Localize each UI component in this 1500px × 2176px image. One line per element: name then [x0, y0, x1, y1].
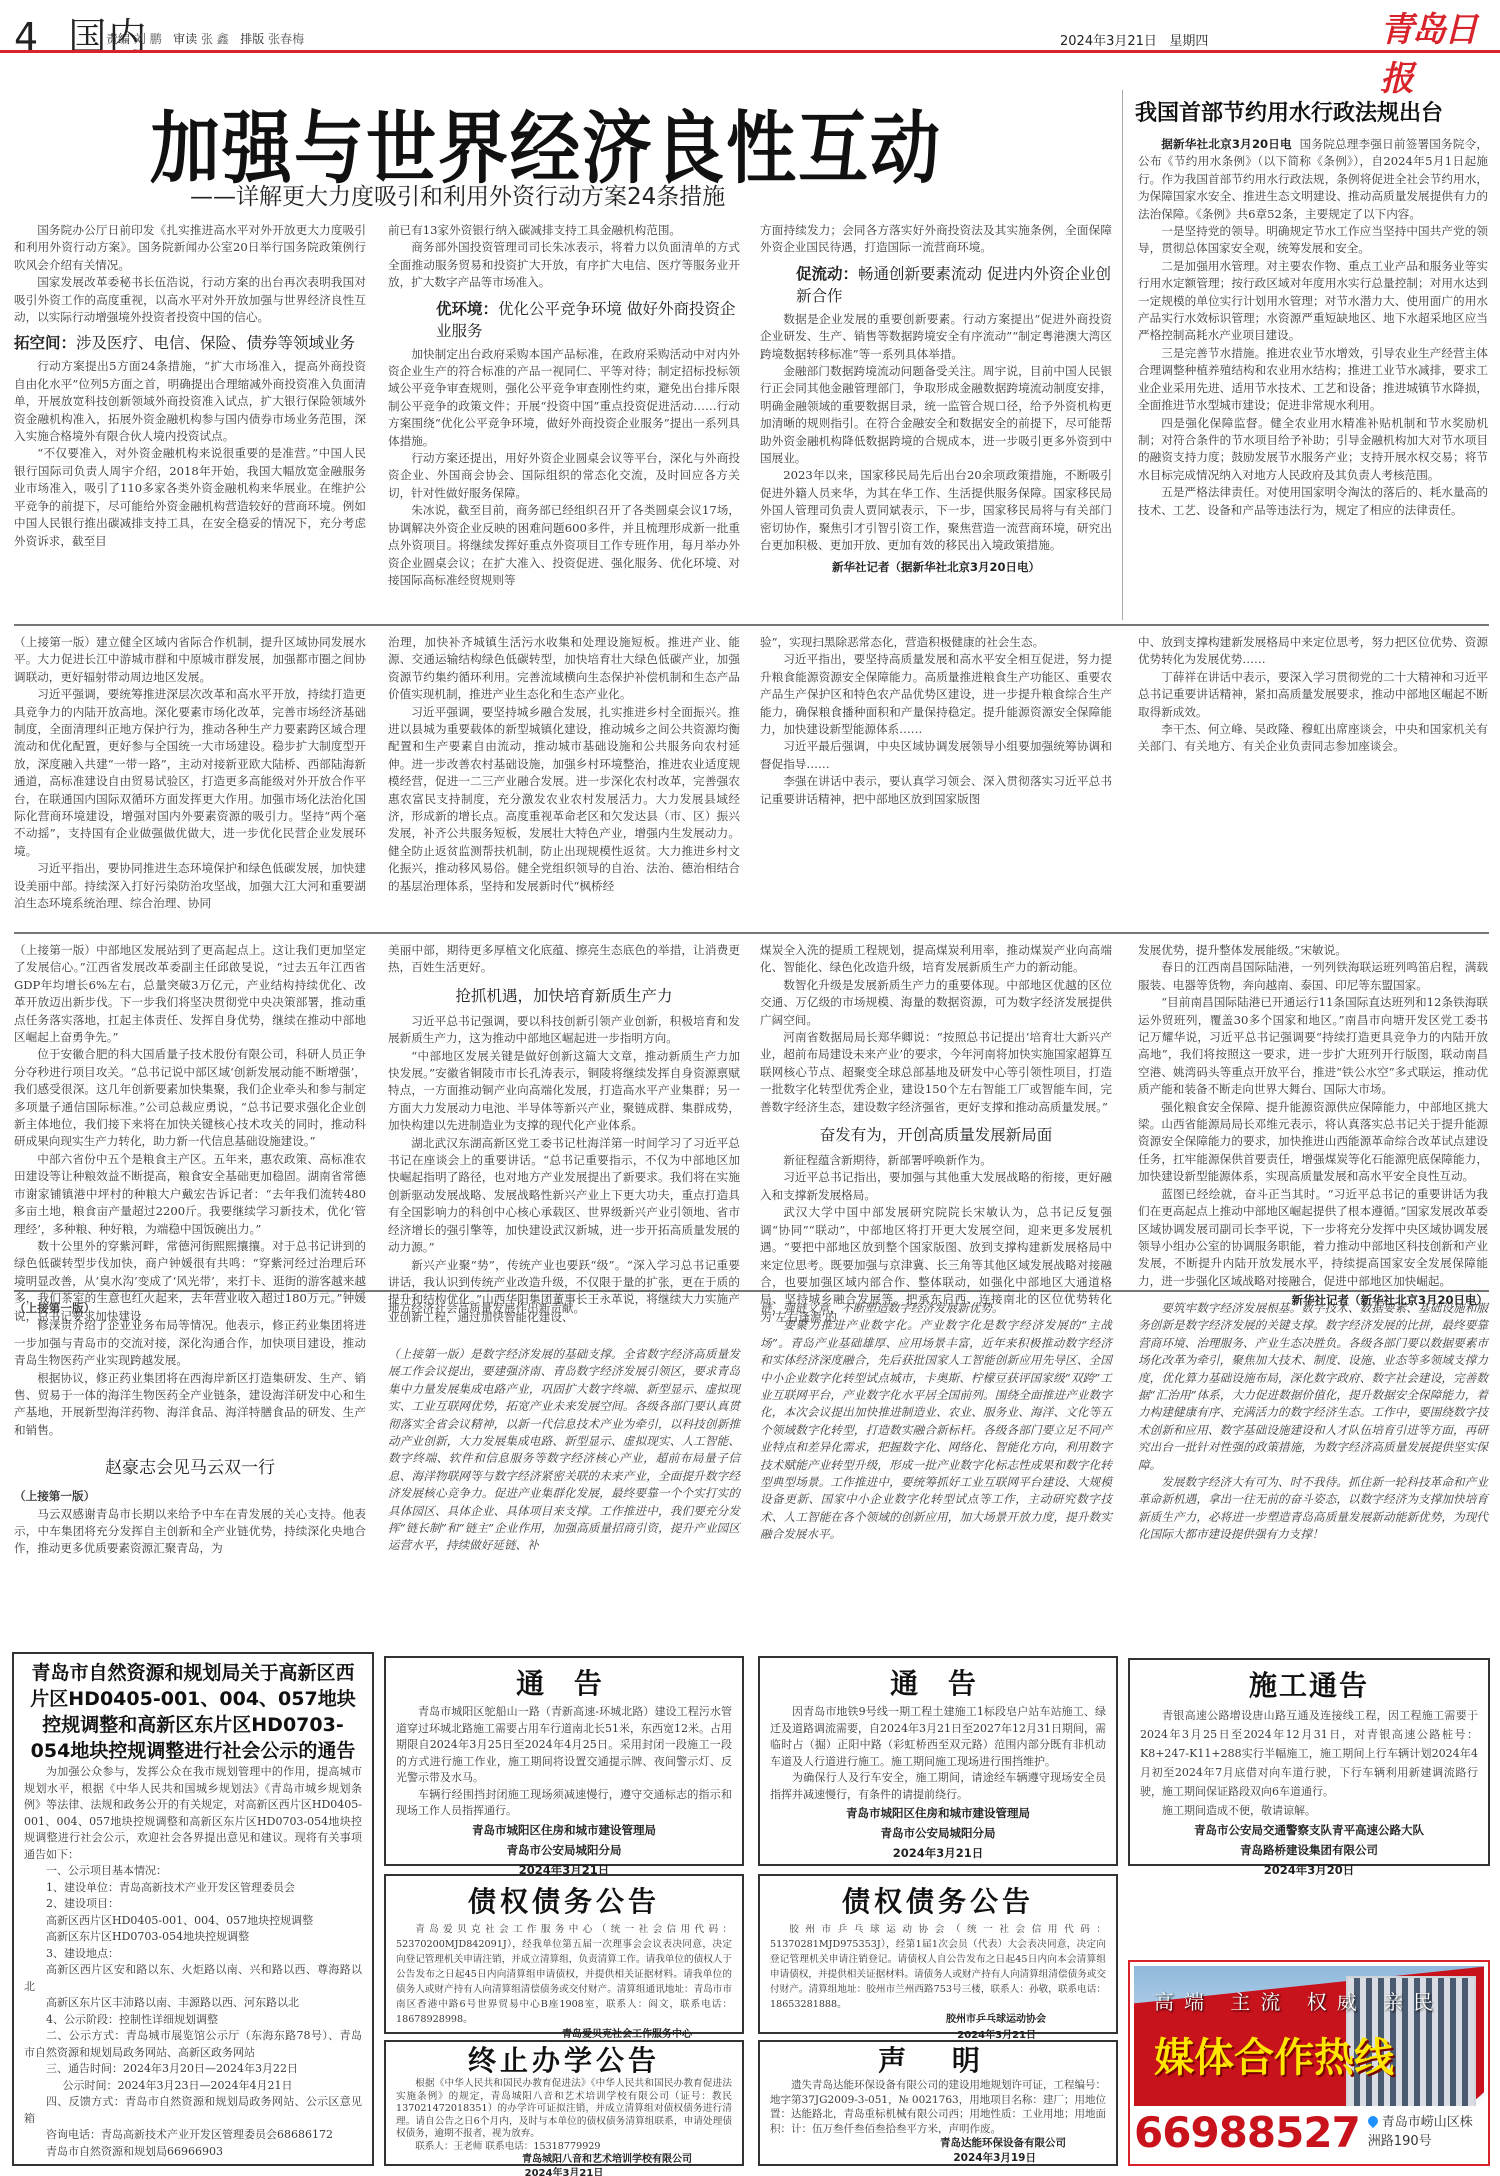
paragraph: 数智化升级是发展新质生产力的重要体现。中部地区优越的区位交通、万亿级的市场规模、…	[760, 977, 1112, 1029]
hotline-phone: 66988527	[1134, 2108, 1360, 2157]
digital-economy-column-3: 要筑牢数字经济发展根基。数字技术、数据要素、基础设施和服务创新是数字经济发展的关…	[1138, 1300, 1488, 1544]
digital-economy-column-2: 链、强链文章，不断塑造数字经济发展新优势。 要聚力推进产业数字化。产业数字化是数…	[760, 1300, 1112, 1544]
paragraph: 高新区西片区安和路以东、火炬路以南、兴和路以西、尊海路以北	[24, 1962, 362, 1995]
staff-name: 张 鑫	[201, 32, 229, 46]
staff-role: 审读	[173, 32, 197, 46]
heading-key: 优环境：	[436, 299, 498, 318]
paragraph: 一是坚持党的领导。明确规定节水工作应当坚持中国共产党的领导，贯彻总体国家安全观，…	[1138, 223, 1488, 258]
paragraph: 李干杰、何立峰、吴政隆、穆虹出席座谈会，中央和国家机关有关部门、有关地方、有关企…	[1138, 721, 1488, 756]
notice-title: 债权债务公告	[770, 1882, 1106, 1922]
notice-signer: 青岛城阳八音和艺术培训学校有限公司	[396, 2153, 732, 2167]
paragraph: 商务部外国投资管理司司长朱冰表示，将着力以负面清单的方式全面推动服务贸易和投资扩…	[388, 239, 740, 291]
lead-column-2: 前已有13家外资银行纳入碳减排支持工具金融机构范围。 商务部外国投资管理司司长朱…	[388, 222, 740, 589]
section-divider	[14, 624, 1489, 626]
notice-date: 2024年3月19日	[770, 2151, 1106, 2166]
paragraph: 新征程蕴含新期待，新部署呼唤新作为。	[760, 1152, 1112, 1169]
staff-role: 责编	[106, 32, 130, 46]
paragraph: 二是加强用水管理。对主要农作物、重点工业产品和服务业等实行用水定额管理；按行政区…	[1138, 258, 1488, 345]
paragraph: “不仅要准入，对外资金融机构来说很重要的是准营。”中国人民银行国际司负责人周宇介…	[14, 445, 366, 549]
header-divider	[0, 50, 1500, 53]
zhao-headline: 赵豪志会见马云双一行	[14, 1453, 366, 1478]
paragraph: 发展数字经济大有可为、时不我待。抓住新一轮科技革命和产业革命新机遇，拿出一往无前…	[1138, 1474, 1488, 1544]
notice-title: 施工通告	[1140, 1666, 1478, 1706]
paragraph: 高新区西片区HD0405-001、004、057地块控规调整	[24, 1913, 362, 1930]
xiuzheng-continued: 地方经济社会高质量发展作出新贡献。	[388, 1300, 740, 1317]
paragraph: 习近平指出，要坚持高质量发展和高水平安全相互促进，努力提升粮食能源资源安全保障能…	[760, 651, 1112, 738]
ad-slogan: 高端 主流 权威 亲民	[1154, 1986, 1443, 2015]
notice-b: 通 告 因青岛市地铁9号线一期工程土建施工1标段皂户站车站施工、绿迁及道路调流需…	[758, 1656, 1118, 1866]
paragraph: 煤炭全入洗的提质工程规划，提高煤炭利用率，推动煤炭产业向高端化、智能化、绿色化改…	[760, 942, 1112, 977]
paragraph: 强化粮食安全保障、提升能源资源供应保障能力，中部地区挑大梁。山西省能源局局长邓维…	[1138, 1099, 1488, 1186]
paragraph: 行动方案提出5方面24条措施，“扩大市场准入，提高外商投资自由化水平”位列5方面…	[14, 358, 366, 445]
paragraph: 美丽中部，期待更多厚植文化底蕴、擦亮生态底色的举措，让消费更热，百姓生活更好。	[388, 942, 740, 977]
paragraph: 青岛市自然资源和规划局66966903	[24, 2144, 362, 2161]
paragraph: 1、建设单位：青岛高新技术产业开发区管理委员会	[24, 1880, 362, 1897]
paragraph: 三、通告时间：2024年3月20日—2024年3月22日	[24, 2061, 362, 2078]
paragraph: 发展优势，提升整体发展能级。”宋敏说。	[1138, 942, 1488, 959]
paragraph: 习近平最后强调，中央区域协调发展领导小组要加强统筹协调和督促指导……	[760, 738, 1112, 773]
notice-date: 2024年3月21日	[396, 2167, 732, 2176]
paragraph: 数据是企业发展的重要创新要素。行动方案提出“促进外商投资企业研发、生产、销售等数…	[760, 311, 1112, 363]
notice-title: 通 告	[770, 1664, 1106, 1704]
notice-date: 2024年3月20日	[1140, 1860, 1478, 1880]
ad-banner: 高端 主流 权威 亲民 媒体合作热线	[1134, 1966, 1484, 2106]
issue-date: 2024年3月21日 星期四	[1060, 30, 1208, 49]
paragraph: 国务院办公厅日前印发《扎实推进高水平对外开放更大力度吸引和利用外资行动方案》。国…	[14, 222, 366, 274]
school-closure-notice: 终止办学公告 根据《中华人民共和国民办教育促进法》《中华人民共和国民办教育促进法…	[384, 2040, 744, 2166]
paragraph: 联系人：王老师 联系电话：15318779929	[396, 2141, 732, 2154]
band3-column-3: 煤炭全入洗的提质工程规划，提高煤炭利用率，推动煤炭产业向高端化、智能化、绿色化改…	[760, 942, 1112, 1326]
paragraph: （上接第一版）中部地区发展站到了更高起点上。这让我们更加坚定了发展信心。”江西省…	[14, 942, 366, 1046]
paragraph: 施工期间造成不便，敬请谅解。	[1140, 1801, 1478, 1820]
paragraph: 遗失青岛达能环保设备有限公司的建设用地规划许可证，工程编号：地字第37JG200…	[770, 2078, 1106, 2136]
paragraph: 3、建设地点：	[24, 1946, 362, 1963]
paragraph: 链、强链文章，不断塑造数字经济发展新优势。	[760, 1300, 1112, 1317]
section-heading: 优环境：优化公平竞争环境 做好外商投资企业服务	[388, 298, 740, 342]
paragraph: 习近平强调，要坚持城乡融合发展，扎实推进乡村全面振兴。推进以县城为重要载体的新型…	[388, 704, 740, 895]
notice-signer: 青岛市公安局城阳分局	[396, 1840, 732, 1860]
dateline: 据新华社北京3月20日电	[1161, 137, 1292, 151]
paragraph: 朱冰说，截至目前，商务部已经组织召开了各类圆桌会议17场，协调解决外资企业反映的…	[388, 502, 740, 589]
side-article-body: 据新华社北京3月20日电 国务院总理李强日前签署国务院令，公布《节约用水条例》（…	[1138, 136, 1488, 519]
paragraph: 修涞贵介绍了企业业务布局等情况。他表示，修正药业集团将进一步加强与青岛市的交流对…	[14, 1317, 366, 1369]
paragraph: （上接第一版）建立健全区域内省际合作机制，提升区域协同发展水平。大力促进长江中游…	[14, 634, 366, 686]
notice-signer: 青岛市城阳区住房和城市建设管理局	[770, 1803, 1106, 1823]
subsection-heading: 抢抓机遇，加快培育新质生产力	[388, 985, 740, 1007]
heading-key: 促流动：	[796, 264, 858, 283]
staff-credits: 责编 刘 鹏 审读 张 鑫 排版 张春梅	[106, 30, 304, 47]
paragraph: 要聚力推进产业数字化。产业数字化是数字经济发展的“主战场”。青岛产业基础雄厚、应…	[760, 1317, 1112, 1543]
lead-subheadline: ——详解更大力度吸引和利用外资行动方案24条措施	[190, 178, 725, 211]
paragraph: 国家发展改革委秘书长伍浩说，行动方案的出台再次表明我国对吸引外资工作的高度重视，…	[14, 274, 366, 326]
paragraph: 高新区东片区HD0703-054地块控规调整	[24, 1929, 362, 1946]
notice-a: 通 告 青岛市城阳区鸵船山一路（青新高速-环城北路）建设工程污水管道穿过环城北路…	[384, 1656, 744, 1866]
section-divider	[14, 932, 1489, 934]
ad-headline: 媒体合作热线	[1154, 2026, 1394, 2083]
paragraph: 为加强公众参与，发挥公众在我市规划管理中的作用，提高城市规划水平，根据《中华人民…	[24, 1764, 362, 1863]
paragraph: 位于安徽合肥的科大国盾量子技术股份有限公司，科研人员正争分夺秒进行项目攻关。“总…	[14, 1046, 366, 1150]
notice-signer: 胶州市乒乓球运动协会	[770, 2012, 1106, 2028]
paragraph: 中部六省份中五个是粮食主产区。五年来，惠农政策、高标准农田建设等让种粮效益不断提…	[14, 1151, 366, 1238]
paragraph: 马云双感谢青岛市长期以来给予中车在青发展的关心支持。他表示，中车集团将充分发挥自…	[14, 1506, 366, 1558]
construction-notice: 施工通告 青银高速公路增设唐山路互通及连接线工程，因工程施工需要于2024年3月…	[1128, 1658, 1490, 1866]
statement-notice: 声 明 遗失青岛达能环保设备有限公司的建设用地规划许可证，工程编号：地字第37J…	[758, 2040, 1118, 2166]
paragraph: 4、公示阶段：控制性详细规划调整	[24, 2012, 362, 2029]
heading-key: 拓空间：	[14, 333, 76, 352]
paragraph: 根据《中华人民共和国民办教育促进法》《中华人民共和国民办教育促进法实施条例》的规…	[396, 2078, 732, 2141]
paragraph: 青岛爱贝克社会工作服务中心（统一社会信用代码：52370200MJD842091…	[396, 1922, 732, 2027]
paragraph: 车辆行经围挡封闭施工现场须减速慢行，遵守交通标志的指示和现场工作人员指挥通行。	[396, 1787, 732, 1820]
paragraph: 习近平总书记指出，要加强与其他重大发展战略的衔接，更好融入和支撑新发展格局。	[760, 1169, 1112, 1204]
lead-column-3: 方面持续发力；会同各方落实好外商投资法及其实施条例，全面保障外资企业国民待遇，打…	[760, 222, 1112, 575]
paragraph: 李强在讲话中表示，要认真学习领会、深入贯彻落实习近平总书记重要讲话精神，把中部地…	[760, 773, 1112, 808]
notice-signer: 青岛达能环保设备有限公司	[770, 2136, 1106, 2151]
paragraph: 胶州市乒乓球运动协会（统一社会信用代码：51370281MJD975353J），…	[770, 1922, 1106, 2012]
paragraph: 春日的江西南昌国际陆港，一列列铁海联运班列鸣笛启程，满载服装、电器等货物，奔向越…	[1138, 959, 1488, 994]
section-divider	[14, 1290, 1489, 1292]
date-text: 2024年3月21日	[1060, 34, 1157, 49]
notice-title: 债权债务公告	[396, 1882, 732, 1922]
paragraph: 丁薛祥在讲话中表示，要深入学习贯彻党的二十大精神和习近平总书记重要讲话精神，紧扣…	[1138, 669, 1488, 721]
continued-label: （上接第一版）	[14, 1300, 366, 1317]
paragraph: “中部地区发展关键是做好创新这篇大文章，推动新质生产力加快发展。”安徽省铜陵市市…	[388, 1048, 740, 1135]
paragraph: 要筑牢数字经济发展根基。数字技术、数据要素、基础设施和服务创新是数字经济发展的关…	[1138, 1300, 1488, 1474]
paragraph: 为确保行人及行车安全，施工期间，请途经车辆遵守现场安全员指挥并减速慢行，有条件的…	[770, 1770, 1106, 1803]
paragraph: 因青岛市地铁9号线一期工程土建施工1标段皂户站车站施工、绿迁及道路调流需要，自2…	[770, 1704, 1106, 1770]
band3-column-2: 美丽中部，期待更多厚植文化底蕴、擦亮生态底色的举措，让消费更热，百姓生活更好。 …	[388, 942, 740, 1326]
paragraph: 行动方案还提出，用好外资企业圆桌会议等平台，深化与外商投资企业、外国商会协会、国…	[388, 450, 740, 502]
location-pin-icon	[1366, 2114, 1380, 2128]
paragraph: 2、建设项目：	[24, 1896, 362, 1913]
band2-column-3: 验”，实现扫黑除恶常态化，营造积极健康的社会生态。 习近平指出，要坚持高质量发展…	[760, 634, 1112, 808]
notice-title: 青岛市自然资源和规划局关于高新区西片区HD0405-001、004、057地块控…	[24, 1660, 362, 1764]
paragraph: 根据协议，修正药业集团将在西海岸新区打造集研发、生产、销售、贸易于一体的海洋生物…	[14, 1370, 366, 1440]
paragraph: 一、公示项目基本情况：	[24, 1863, 362, 1880]
paragraph: 地方经济社会高质量发展作出新贡献。	[388, 1300, 740, 1317]
paragraph: 青岛市城阳区鸵船山一路（青新高速-环城北路）建设工程污水管道穿过环城北路施工需要…	[396, 1704, 732, 1787]
planning-notice: 青岛市自然资源和规划局关于高新区西片区HD0405-001、004、057地块控…	[12, 1652, 374, 2166]
digital-economy-column-1: （上接第一版）是数字经济发展的基础支撑。全省数字经济高质量发展工作会议提出，要建…	[388, 1346, 740, 1555]
staff-name: 刘 鹏	[134, 32, 162, 46]
paragraph: 习近平总书记强调，要以科技创新引领产业创新，积极培育和发展新质生产力，这为推动中…	[388, 1013, 740, 1048]
band3-column-4: 发展优势，提升整体发展能级。”宋敏说。 春日的江西南昌国际陆港，一列列铁海联运班…	[1138, 942, 1488, 1308]
subsection-heading: 奋发有为，开创高质量发展新局面	[760, 1124, 1112, 1146]
side-headline: 我国首部节约用水行政法规出台	[1135, 96, 1443, 127]
debt-notice-b: 债权债务公告 胶州市乒乓球运动协会（统一社会信用代码：51370281MJD97…	[758, 1874, 1118, 2034]
article-byline: 新华社记者（据新华社北京3月20日电）	[760, 559, 1112, 575]
section-heading: 促流动：畅通创新要素流动 促进内外资企业创新合作	[760, 263, 1112, 307]
notice-title: 通 告	[396, 1664, 732, 1704]
paragraph: 咨询电话：青岛高新技术产业开发区管理委员会68686172	[24, 2127, 362, 2144]
column-divider	[1122, 90, 1123, 620]
paragraph: 方面持续发力；会同各方落实好外商投资法及其实施条例，全面保障外资企业国民待遇，打…	[760, 222, 1112, 257]
notice-signer: 青岛市公安局城阳分局	[770, 1823, 1106, 1843]
notice-signer: 青岛路桥建设集团有限公司	[1140, 1840, 1478, 1860]
paragraph: 三是完善节水措施。推进农业节水增效，引导农业生产经营主体合理调整种植养殖结构和农…	[1138, 345, 1488, 415]
paragraph: 前已有13家外资银行纳入碳减排支持工具金融机构范围。	[388, 222, 740, 239]
staff-name: 张春梅	[268, 32, 304, 46]
paragraph: 公示时间：2024年3月23日—2024年4月21日	[24, 2078, 362, 2095]
section-heading: 拓空间：涉及医疗、电信、保险、债券等领域业务	[14, 332, 366, 354]
notice-title: 终止办学公告	[396, 2044, 732, 2078]
ad-address: 青岛市崂山区株洲路190号	[1368, 2111, 1484, 2157]
paragraph: 河南省数据局局长郑华卿说：“按照总书记提出‘培育壮大新兴产业，超前布局建设未来产…	[760, 1029, 1112, 1116]
heading-text: 涉及医疗、电信、保险、债券等领域业务	[76, 334, 355, 352]
paragraph: （上接第一版）是数字经济发展的基础支撑。全省数字经济高质量发展工作会议提出，要建…	[388, 1346, 740, 1555]
paragraph: 五是严格法律责任。对使用国家明令淘汰的落后的、耗水量高的技术、工艺、设备和产品等…	[1138, 484, 1488, 519]
staff-role: 排版	[240, 32, 264, 46]
band2-column-4: 中、放到支撑构建新发展格局中来定位思考，努力把区位优势、资源优势转化为发展优势……	[1138, 634, 1488, 756]
paragraph: 中、放到支撑构建新发展格局中来定位思考，努力把区位优势、资源优势转化为发展优势……	[1138, 634, 1488, 669]
paragraph: 治理，加快补齐城镇生活污水收集和处理设施短板。推进产业、能源、交通运输结构绿色低…	[388, 634, 740, 704]
band2-column-2: 治理，加快补齐城镇生活污水收集和处理设施短板。推进产业、能源、交通运输结构绿色低…	[388, 634, 740, 895]
band3-column-1: （上接第一版）中部地区发展站到了更高起点上。这让我们更加坚定了发展信心。”江西省…	[14, 942, 366, 1325]
media-hotline-ad[interactable]: 高端 主流 权威 亲民 媒体合作热线 66988527 青岛市崂山区株洲路190…	[1128, 1960, 1490, 2166]
lead-column-1: 国务院办公厅日前印发《扎实推进高水平对外开放更大力度吸引和利用外资行动方案》。国…	[14, 222, 366, 550]
paragraph: 金融部门数据跨境流动问题备受关注。周宇说，目前中国人民银行正会同其他金融管理部门…	[760, 363, 1112, 467]
notice-title: 声 明	[770, 2044, 1106, 2078]
paragraph: 习近平指出，要协同推进生态环境保护和绿色低碳发展，加快建设美丽中部。持续深入打好…	[14, 860, 366, 912]
paragraph: “目前南昌国际陆港已开通运行11条国际直达班列和12条铁海联运外贸班列，覆盖30…	[1138, 994, 1488, 1098]
paragraph: 习近平强调，要统筹推进深层次改革和高水平开放，持续打造更具竞争力的内陆开放高地。…	[14, 686, 366, 860]
weekday-text: 星期四	[1169, 34, 1208, 49]
paragraph: 蓝图已经绘就，奋斗正当其时。“习近平总书记的重要讲话为我们在更高起点上推动中部地…	[1138, 1186, 1488, 1290]
notice-signer: 青岛市公安局交通警察支队青平高速公路大队	[1140, 1820, 1478, 1840]
band2-column-1: （上接第一版）建立健全区域内省际合作机制，提升区域协同发展水平。大力促进长江中游…	[14, 634, 366, 913]
paragraph: 验”，实现扫黑除恶常态化，营造积极健康的社会生态。	[760, 634, 1112, 651]
debt-notice-a: 债权债务公告 青岛爱贝克社会工作服务中心（统一社会信用代码：52370200MJ…	[384, 1874, 744, 2034]
paragraph: 四、反馈方式：青岛市自然资源和规划局政务网站、公示区意见箱	[24, 2094, 362, 2127]
paragraph: 加快制定出台政府采购本国产品标准，在政府采购活动中对内外资企业生产的符合标准的产…	[388, 346, 740, 450]
continued-label: （上接第一版）	[14, 1488, 366, 1505]
paragraph: 青银高速公路增设唐山路互通及连接线工程，因工程施工需要于2024年3月25日至2…	[1140, 1706, 1478, 1801]
paragraph: 二、公示方式：青岛城市展览馆公示厅（东海东路78号）、青岛市自然资源和规划局政务…	[24, 2028, 362, 2061]
paragraph: 高新区东片区丰沛路以南、丰源路以西、河东路以北	[24, 1995, 362, 2012]
notice-signer: 青岛市城阳区住房和城市建设管理局	[396, 1820, 732, 1840]
paragraph: 2023年以来，国家移民局先后出台20余项政策措施，不断吸引促进外籍人员来华，为…	[760, 467, 1112, 554]
paragraph: 四是强化保障监督。健全农业用水精准补贴机制和节水奖励机制；对符合条件的节水项目给…	[1138, 415, 1488, 485]
notice-date: 2024年3月21日	[770, 1843, 1106, 1863]
xiuzheng-article: （上接第一版） 修涞贵介绍了企业业务布局等情况。他表示，修正药业集团将进一步加强…	[14, 1300, 366, 1558]
paragraph: 湖北武汉东湖高新区党工委书记杜海洋第一时间学习了习近平总书记在座谈会上的重要讲话…	[388, 1135, 740, 1257]
address-text: 青岛市崂山区株洲路190号	[1368, 2115, 1473, 2149]
